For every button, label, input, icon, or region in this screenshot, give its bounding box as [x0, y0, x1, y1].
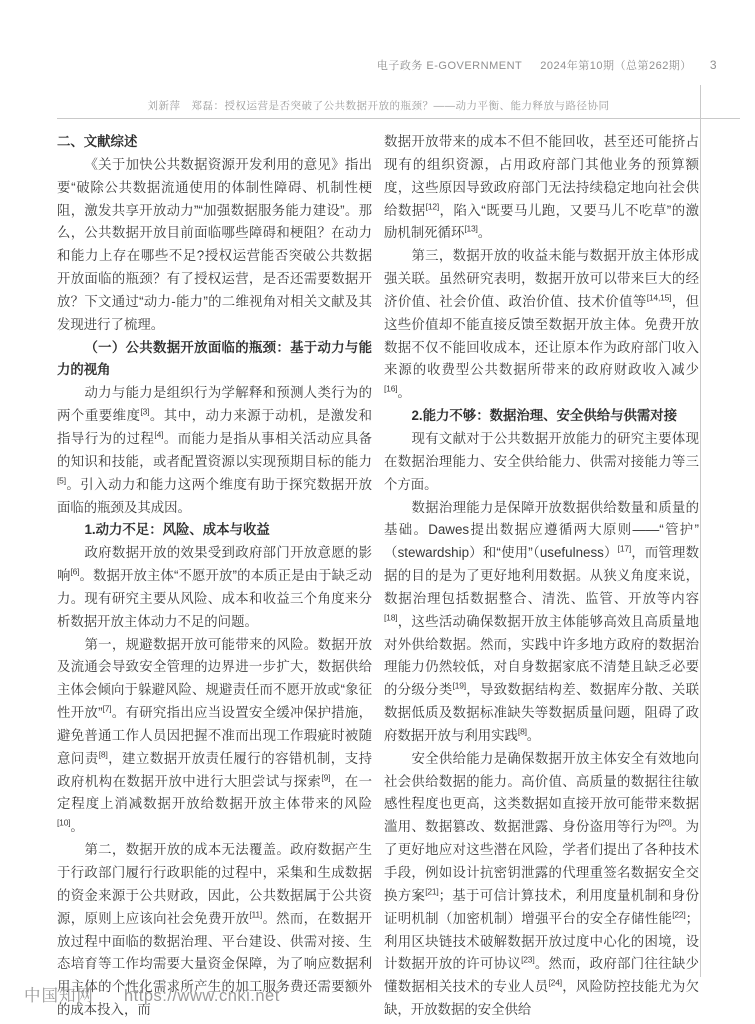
subsub-heading-motivation: 1.动力不足：风险、成本与收益 — [57, 519, 372, 542]
paragraph-benefit: 第三，数据开放的收益未能与数据开放主体形成强关联。虽然研究表明，数据开放可以带来… — [384, 245, 699, 405]
cnki-url: https://www.cnki.net — [124, 987, 280, 1006]
paragraph-intro: 《关于加快公共数据资源开发利用的意见》指出要“破除公共数据流通使用的体制性障碍、… — [57, 154, 372, 337]
citation-ref: [3] — [141, 407, 150, 417]
section-heading-literature-review: 二、文献综述 — [57, 131, 372, 154]
citation-ref: [14,15] — [647, 292, 672, 302]
article-body: 二、文献综述《关于加快公共数据资源开发利用的意见》指出要“破除公共数据流通使用的… — [57, 131, 699, 1022]
cnki-logo-text: 中国知网 — [24, 982, 94, 1006]
citation-ref: [21] — [425, 886, 438, 896]
citation-ref: [20] — [658, 818, 671, 828]
citation-ref: [22] — [672, 909, 685, 919]
paragraph-capability-overview: 现有文献对于公共数据开放能力的研究主要体现在数据治理能力、安全供给能力、供需对接… — [384, 428, 699, 497]
citation-ref: [9] — [321, 772, 330, 782]
paragraph-cost-continued: 数据开放带来的成本不但不能回收，甚至还可能挤占现有的组织资源，占用政府部门其他业… — [384, 131, 699, 245]
cnki-watermark: 中国知网 https://www.cnki.net — [24, 982, 280, 1006]
paragraph-security: 安全供给能力是确保数据开放主体安全有效地向社会供给数据的能力。高价值、高质量的数… — [384, 748, 699, 1022]
citation-ref: [13] — [464, 224, 477, 234]
citation-ref: [17] — [618, 544, 631, 554]
citation-ref: [24] — [549, 978, 562, 988]
left-column: 二、文献综述《关于加快公共数据资源开发利用的意见》指出要“破除公共数据流通使用的… — [57, 131, 372, 1022]
citation-ref: [19] — [453, 681, 466, 691]
citation-ref: [23] — [521, 955, 534, 965]
page-number: 3 — [710, 58, 717, 72]
page-header: 电子政务 E-GOVERNMENT 2024年第10期（总第262期） 3 — [377, 57, 717, 73]
running-title: 刘新萍 郑磊：授权运营是否突破了公共数据开放的瓶颈？——动力平衡、能力释放与路径… — [57, 98, 700, 113]
citation-ref: [16] — [384, 384, 397, 394]
citation-ref: [4] — [154, 430, 163, 440]
right-margin-line — [700, 85, 701, 977]
paragraph-willingness: 政府数据开放的效果受到政府部门开放意愿的影响[6]。数据开放主体“不愿开放”的本… — [57, 542, 372, 633]
issue-info: 2024年第10期（总第262期） — [540, 57, 692, 73]
citation-ref: [8] — [99, 749, 108, 759]
journal-title: 电子政务 E-GOVERNMENT — [377, 57, 522, 73]
header-divider — [57, 118, 740, 119]
paragraph-motivation-capability: 动力与能力是组织行为学解释和预测人类行为的两个重要维度[3]。其中，动力来源于动… — [57, 382, 372, 519]
citation-ref: [7] — [103, 704, 112, 714]
citation-ref: [6] — [71, 567, 80, 577]
citation-ref: [12] — [426, 201, 439, 211]
citation-ref: [11] — [249, 909, 262, 919]
citation-ref: [18] — [384, 612, 397, 622]
subsub-heading-capability: 2.能力不够：数据治理、安全供给与供需对接 — [384, 405, 699, 428]
paragraph-governance: 数据治理能力是保障开放数据供给数量和质量的基础。Dawes提出数据应遵循两大原则… — [384, 497, 699, 748]
paragraph-risk: 第一，规避数据开放可能带来的风险。数据开放及流通会导致安全管理的边界进一步扩大，… — [57, 634, 372, 840]
citation-ref: [10] — [57, 818, 70, 828]
subsection-heading-bottleneck: （一）公共数据开放面临的瓶颈：基于动力与能力的视角 — [57, 337, 372, 383]
citation-ref: [5] — [57, 475, 66, 485]
citation-ref: [8] — [518, 726, 527, 736]
right-column: 数据开放带来的成本不但不能回收，甚至还可能挤占现有的组织资源，占用政府部门其他业… — [384, 131, 699, 1022]
page: { "header": { "journal": "电子政务 E-GOVERNM… — [0, 0, 755, 1024]
